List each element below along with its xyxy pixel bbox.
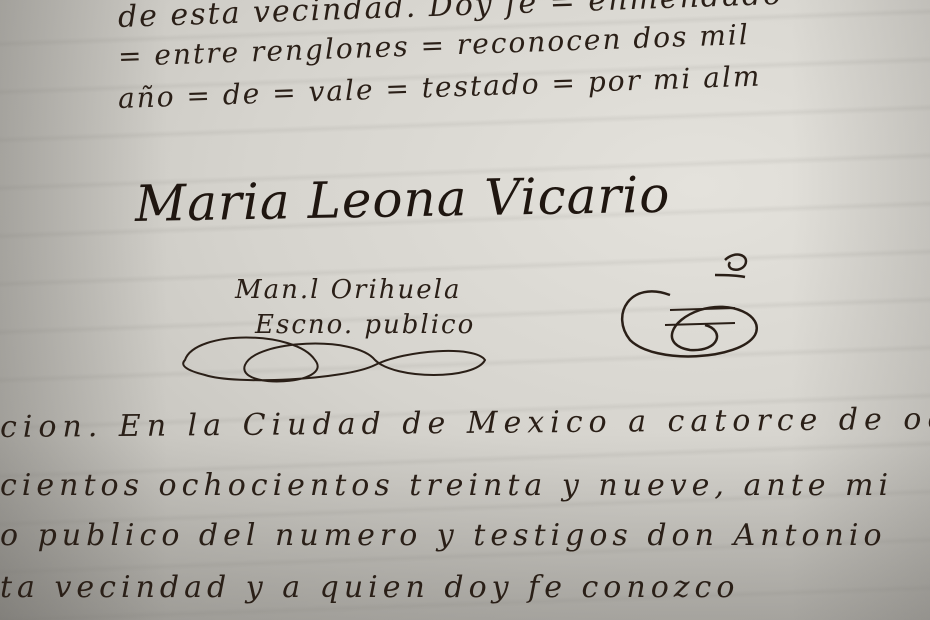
text-line: cientos ochocientos treinta y nueve, ant… xyxy=(0,468,893,503)
text-line: o publico del numero y testigos don Anto… xyxy=(0,518,887,553)
notary-name: Man.l Orihuela xyxy=(235,275,461,305)
rubric-flourish-icon xyxy=(610,240,770,365)
signature-name: Maria Leona Vicario xyxy=(134,166,670,233)
text-line: ta vecindad y a quien doy fe conozco xyxy=(0,570,739,605)
notary-flourish-icon xyxy=(175,325,505,395)
